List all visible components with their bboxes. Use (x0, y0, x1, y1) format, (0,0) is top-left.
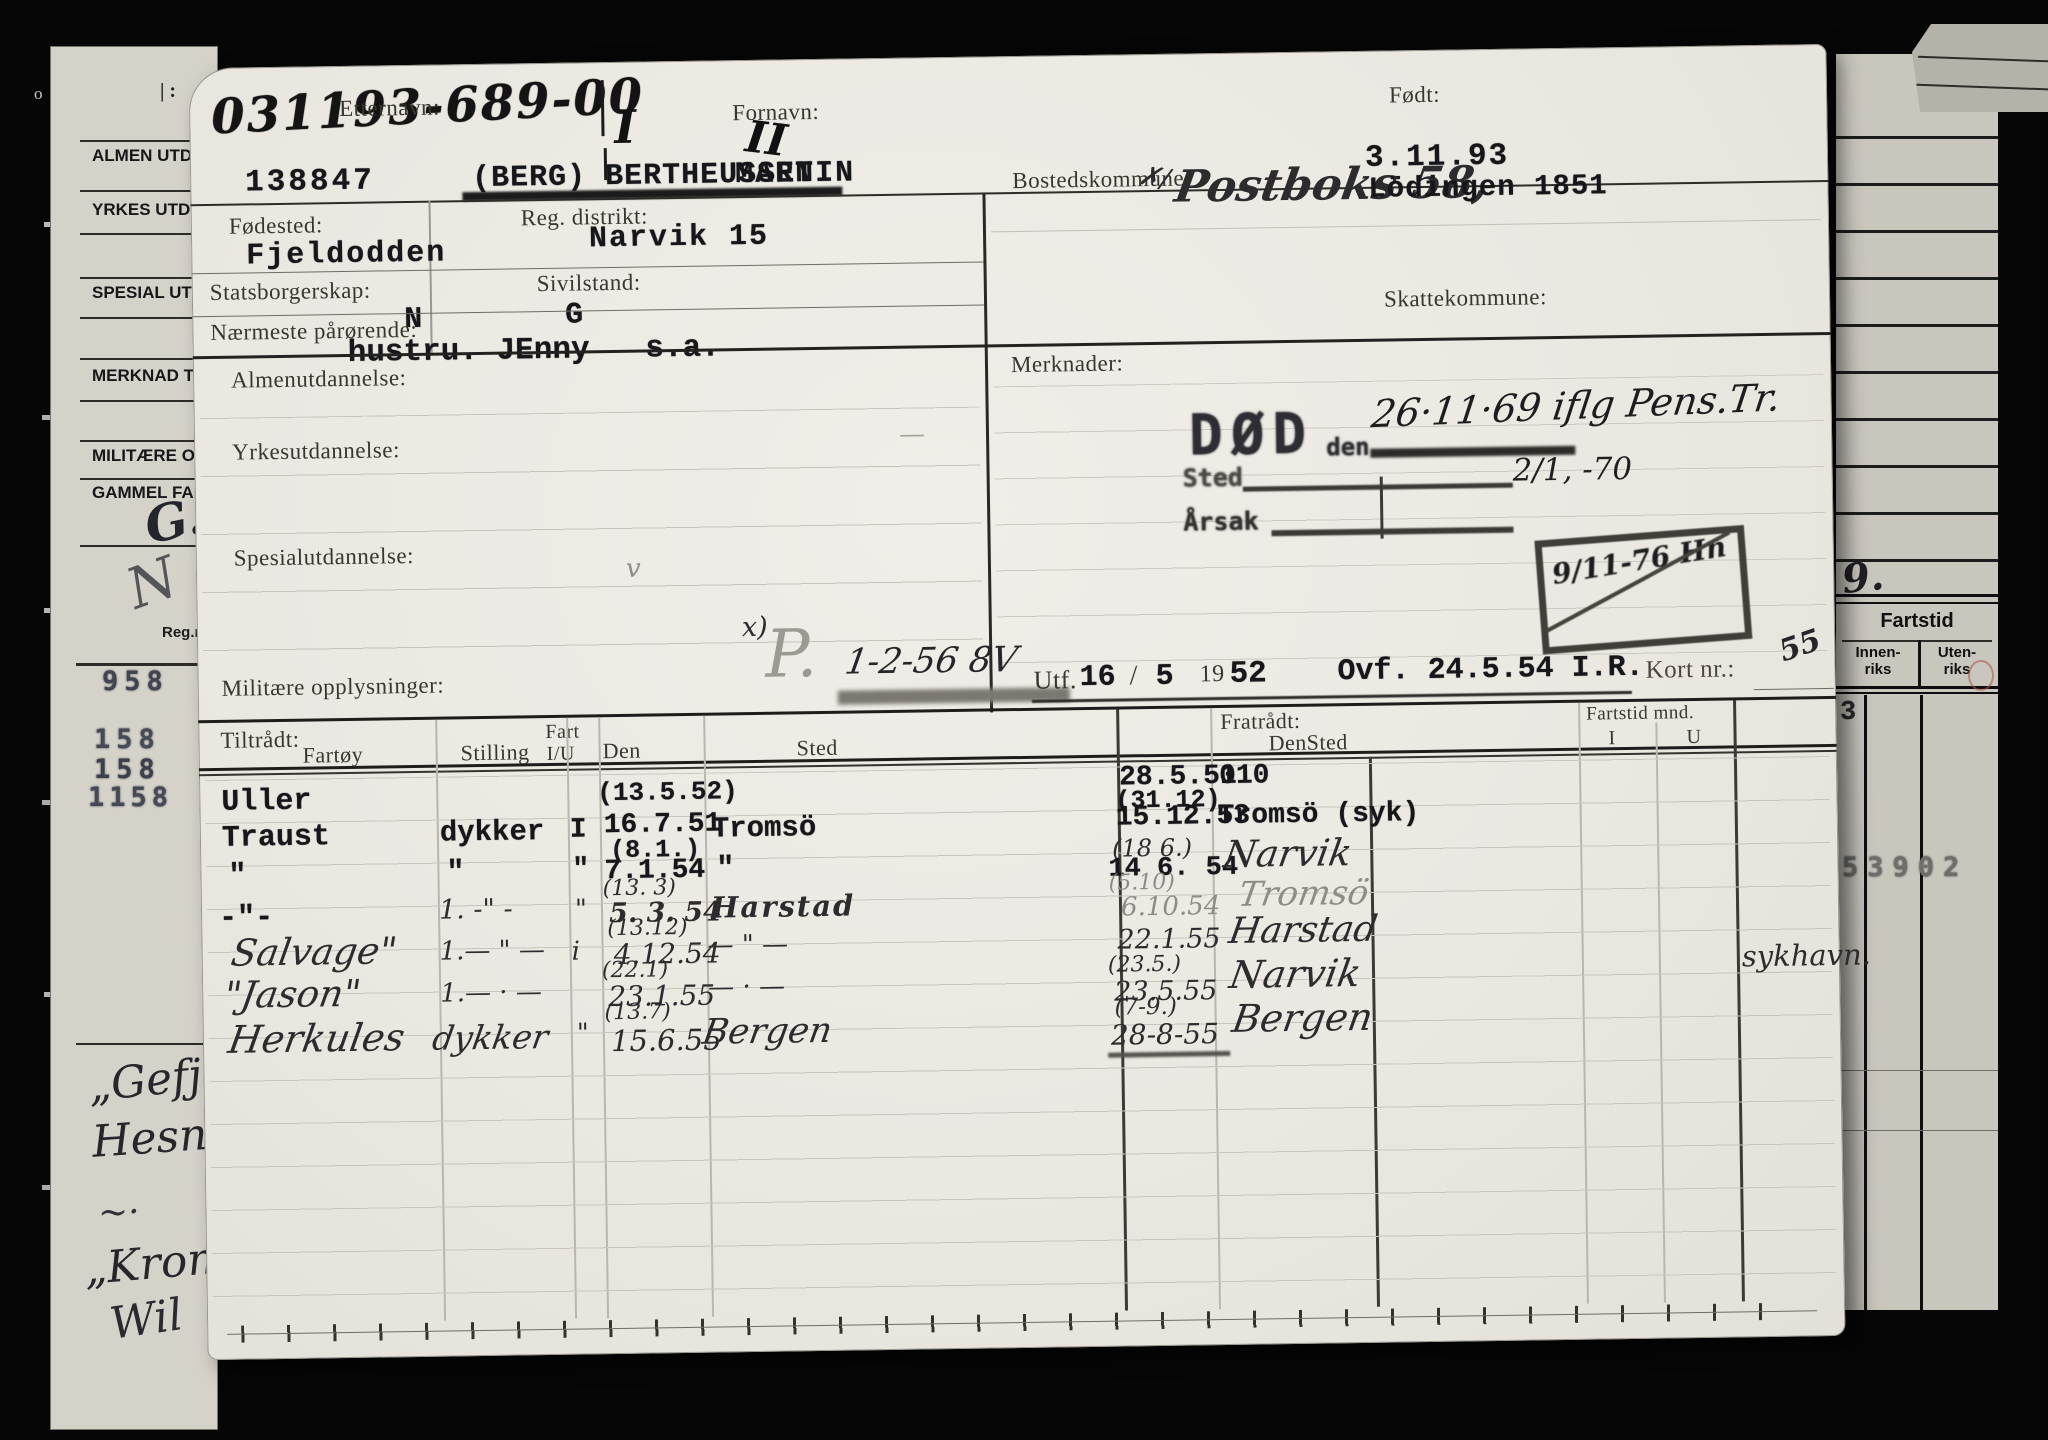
innenriks-header: Innen- riks (1840, 644, 1916, 678)
utf-year: 52 (1229, 656, 1267, 692)
regdistrikt-value: Narvik 15 (589, 220, 770, 257)
header-fartoy: Fartøy (303, 742, 364, 769)
cell-fartoy: Uller (221, 785, 312, 820)
p-mark-faint: P. (765, 615, 818, 693)
fartstid-header: Fartstid (1836, 610, 1998, 633)
hw-text: Bergen (700, 1011, 835, 1053)
rule (192, 305, 984, 318)
rule (1836, 1130, 1998, 1131)
cell-iu: I (570, 814, 587, 845)
cell-iu: i (571, 937, 580, 967)
cell-sted: Harstad (711, 888, 856, 924)
fodested-label: Fødested: (229, 212, 323, 239)
cell-stilling: dykker (433, 1017, 549, 1058)
hw-text: Narvik (1227, 951, 1365, 997)
cell-sted: Tromsö (712, 811, 817, 846)
right-background-card: 9. Fartstid Innen- riks Uten- riks 3 539… (1836, 54, 1998, 1310)
military-entry-handwritten: 1-2-56 8V (845, 640, 1017, 683)
rule (76, 1043, 218, 1045)
cell-stilling: 1. -" - (439, 894, 513, 926)
cell-iu: " (572, 854, 589, 885)
background-number: 53902 (1842, 852, 1968, 883)
cell-sted: Bergen (703, 1011, 832, 1053)
id-number: 138847 (245, 164, 375, 201)
punch-mark: o (34, 84, 43, 104)
column-line (1864, 695, 1867, 1310)
left-card-label-yrkes: YRKES UTDA (92, 200, 203, 220)
yrkes-label: Yrkesutdannelse: (232, 437, 400, 465)
corner-card-piece (1912, 24, 2048, 112)
cell-fra-sted: Narvik (1224, 831, 1352, 876)
hw-text: Herkules (225, 1015, 408, 1062)
hw-text: Harstad (1226, 909, 1380, 952)
utf-day: 16 (1079, 661, 1116, 696)
cell-fra-top: (7-9.) (1114, 994, 1177, 1021)
left-card-number: 158 (94, 724, 161, 755)
left-card-note: Wil (107, 1289, 186, 1350)
rule (1914, 84, 2048, 91)
cell-den: (13.5.52) (597, 776, 738, 808)
scanned-register-card-page: o | : ALMEN UTD YRKES UTDA SPESIAL UTD M… (0, 0, 2048, 1440)
sted-stamp: Sted (1182, 463, 1243, 493)
innen-label: Innen- (1856, 644, 1901, 661)
rule (1918, 56, 2048, 63)
v-mark: v (626, 554, 641, 584)
sivilstand-label: Sivilstand: (537, 270, 641, 298)
riks-label: riks (1944, 661, 1971, 678)
left-card-label-merknad: MERKNAD T (92, 366, 194, 386)
statsborgerskap-label: Statsborgerskap: (210, 278, 371, 306)
surname-mark: I (614, 100, 636, 154)
left-card-number: 958 (102, 666, 169, 697)
cell-fra-sted: 010 (1219, 760, 1270, 792)
cell-fartoy: "Jason" (224, 972, 361, 1017)
crossed-stamp-box: 9/11-76 Hn (1534, 525, 1752, 655)
utf-slash: / (1129, 660, 1138, 692)
military-entry-text: 1-2-56 8V (842, 640, 1020, 683)
left-card-note: „Gefjö (86, 1047, 218, 1112)
cell-stilling: dykker (440, 815, 545, 850)
rule (1836, 602, 1998, 604)
death-date2-handwritten: 2/1, -70 (1512, 451, 1632, 489)
utf-month: 5 (1155, 660, 1174, 694)
header-tiltradt: Tiltrådt: (220, 727, 299, 754)
cell-iu: " (575, 894, 587, 924)
cell-fra-top: (23.5.) (1108, 952, 1182, 978)
left-card-note: „Krom (82, 1232, 218, 1295)
rule (1836, 594, 1998, 597)
cell-note: sykhavn. (1742, 937, 1872, 973)
cell-sted: — · — (708, 972, 785, 1003)
fodested-value: Fjeldodden (246, 236, 447, 273)
faint-dash: — (899, 419, 925, 449)
header-fart: Fart (545, 721, 580, 745)
cell-fra-sted: Harstad (1229, 909, 1377, 952)
cell-value-3: 3 (1840, 698, 1856, 728)
cell-fra-den: 6.10.54 (1121, 891, 1221, 922)
fodt-label: Født: (1389, 82, 1440, 109)
header-u: U (1686, 726, 1701, 749)
hw-text: Narvik (1221, 831, 1355, 876)
left-card-top-mark: | : (160, 80, 176, 103)
sub-divider (428, 201, 432, 353)
red-circle-mark (1968, 660, 1994, 691)
header-sted2: Sted (1306, 729, 1348, 756)
header-stilling: Stilling (460, 739, 529, 766)
cell-sted: " (716, 852, 735, 886)
header-sted: Sted (796, 735, 838, 762)
hw-text: dykker (430, 1017, 551, 1058)
rule (991, 219, 1821, 232)
arsak-stamp: Årsak (1183, 506, 1259, 536)
hw-text: Bergen (1229, 995, 1376, 1041)
cell-fartoy: Traust (222, 820, 331, 856)
kort-label: Kort nr.: (1645, 655, 1735, 684)
dod-stamp: DØD (1189, 402, 1315, 469)
cell-fartoy: " (228, 860, 247, 894)
uten-label: Uten- (1938, 644, 1976, 661)
header-iu: I/U (547, 743, 576, 766)
cell-fra-den: 22.1.55 (1117, 923, 1221, 956)
ruled-lines (1836, 92, 1998, 568)
utf-century: 19 (1199, 661, 1224, 688)
left-card-number: 158 (94, 754, 161, 785)
cell-den-top: (13.7) (604, 999, 671, 1025)
rule (1836, 692, 1998, 694)
bosted-typed: Lödingen 1851 (1368, 169, 1608, 206)
cell-fra-den: 28-8-55 (1111, 1017, 1219, 1052)
spesial-label: Spesialutdannelse: (234, 543, 415, 572)
cell-iu: " (577, 1018, 589, 1048)
etternavn-label: Etternavn: (339, 95, 440, 122)
register-card: 031193-689-00 Etternavn: I Fornavn: II F… (188, 44, 1845, 1360)
left-card-label-almen: ALMEN UTD (92, 146, 192, 166)
left-card-note: Hesna (90, 1107, 218, 1168)
riks-label: riks (1865, 661, 1892, 678)
hw-text: "Jason" (221, 972, 364, 1017)
left-card-label-militare: MILITÆRE O (92, 446, 195, 466)
signature-flourish: N (118, 545, 186, 623)
firstname-value: MARTIN (735, 156, 856, 192)
cell-stilling: " (446, 856, 465, 890)
skattekommune-label: Skattekommune: (1384, 284, 1547, 312)
cell-fra-sted: Tromsö (syk) (1217, 798, 1419, 832)
left-card-note: ~· (98, 1192, 140, 1233)
bosted-check-mark: ✗/ (1136, 160, 1172, 196)
rule (1842, 640, 1992, 642)
hw-text: Salvage" (228, 929, 400, 975)
sivilstand-value: G (565, 298, 584, 332)
left-card-number: 1158 (88, 782, 173, 813)
header-den: Den (602, 738, 641, 765)
cell-sted: — " — (707, 929, 788, 960)
cell-stilling: 1.— " — (439, 935, 545, 967)
header-den2: Den (1268, 730, 1307, 757)
den-stamp: den (1326, 433, 1370, 462)
rule (1836, 1070, 1998, 1071)
almen-label: Almenutdannelse: (231, 365, 407, 394)
utf-label: Utf. (1033, 665, 1077, 696)
column-line (1920, 695, 1923, 1310)
ovf-value: Ovf. 24.5.54 I.R. (1337, 651, 1644, 690)
cell-stilling: 1.— · — (440, 977, 542, 1009)
cell-fra-sted: Narvik (1230, 951, 1361, 997)
cell-fartoy: Salvage" (231, 929, 396, 974)
militare-label: Militære opplysninger: (222, 673, 445, 702)
header-i: I (1608, 727, 1616, 750)
left-card-label-spesial: SPESIAL UTD (92, 283, 204, 303)
cell-fartoy: Herkules (229, 1015, 405, 1062)
merknader-label: Merknader: (1011, 350, 1124, 378)
main-vertical-divider (982, 192, 992, 712)
header-fartstid: Fartstid mnd. (1586, 702, 1694, 726)
cell-fra-sted: Bergen (1232, 995, 1373, 1041)
